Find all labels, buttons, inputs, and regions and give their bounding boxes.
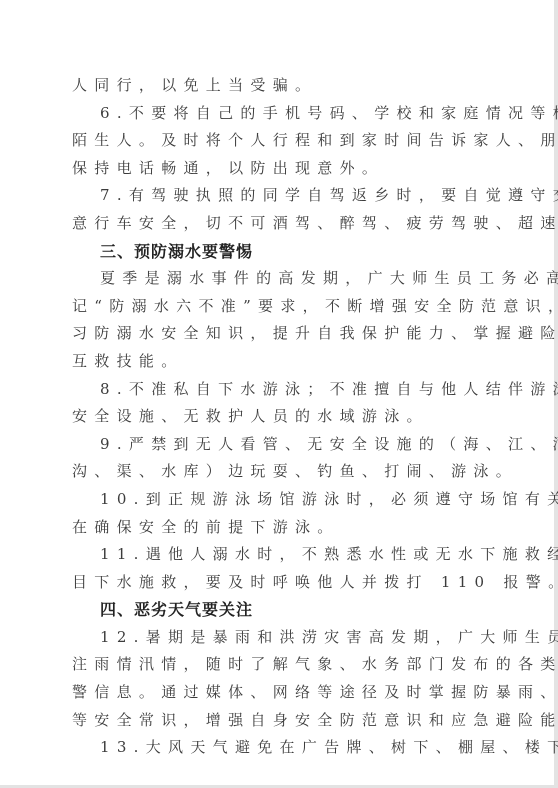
paragraph-item-9: 9.严禁到无人看管、无安全设施的（海、江、河、湖、塘、: [72, 431, 488, 459]
text-line: 目下水施救，要及时呼唤他人并拨打 110 报警。: [72, 569, 488, 597]
text-line: 沟、渠、水库）边玩耍、钓鱼、打闹、游泳。: [72, 458, 488, 486]
text-line: 陌生人。及时将个人行程和到家时间告诉家人、朋友或老师，并: [72, 127, 488, 155]
text-line: 等安全常识，增强自身安全防范意识和应急避险能力。: [72, 707, 488, 735]
section-heading-weather: 四、恶劣天气要关注: [72, 596, 488, 624]
text-line: 注雨情汛情，随时了解气象、水务部门发布的各类灾害性天气预: [72, 651, 488, 679]
paragraph-item-8: 8.不准私自下水游泳；不准擅自与他人结伴游泳；不准到无: [72, 376, 488, 404]
paragraph-item-10: 10.到正规游泳场馆游泳时，必须遵守场馆有关安全规定并: [72, 486, 488, 514]
document-body: 人同行，以免上当受骗。 6.不要将自己的手机号码、学校和家庭情况等相关信息告诉 …: [72, 72, 488, 762]
paragraph-item-13: 13.大风天气避免在广告牌、树下、棚屋、楼下等危险地点: [72, 734, 488, 762]
paragraph-item-6: 6.不要将自己的手机号码、学校和家庭情况等相关信息告诉: [72, 100, 488, 128]
text-line: 互救技能。: [72, 348, 488, 376]
text-line: 安全设施、无救护人员的水域游泳。: [72, 403, 488, 431]
text-line: 警信息。通过媒体、网络等途径及时掌握防暴雨、洪水、泥石流: [72, 679, 488, 707]
text-line: 人同行，以免上当受骗。: [72, 72, 488, 100]
document-page: 人同行，以免上当受骗。 6.不要将自己的手机号码、学校和家庭情况等相关信息告诉 …: [0, 0, 554, 785]
paragraph-item-11: 11.遇他人溺水时，不熟悉水性或无水下施救经验者切勿盲: [72, 541, 488, 569]
text-line: 习防溺水安全知识，提升自我保护能力、掌握避险逃生、自救、: [72, 320, 488, 348]
paragraph-intro-drowning: 夏季是溺水事件的高发期，广大师生员工务必高度重视，切: [72, 265, 488, 293]
text-line: 保持电话畅通，以防出现意外。: [72, 155, 488, 183]
text-line: 意行车安全，切不可酒驾、醉驾、疲劳驾驶、超速行驶。: [72, 210, 488, 238]
section-heading-drowning: 三、预防溺水要警惕: [72, 238, 488, 266]
text-line: 记“防溺水六不准”要求，不断增强安全防范意识，积极主动学: [72, 293, 488, 321]
paragraph-item-12: 12.暑期是暴雨和洪涝灾害高发期，广大师生员工要密切关: [72, 624, 488, 652]
text-line: 在确保安全的前提下游泳。: [72, 514, 488, 542]
paragraph-item-7: 7.有驾驶执照的同学自驾返乡时，要自觉遵守交通规则，注: [72, 182, 488, 210]
